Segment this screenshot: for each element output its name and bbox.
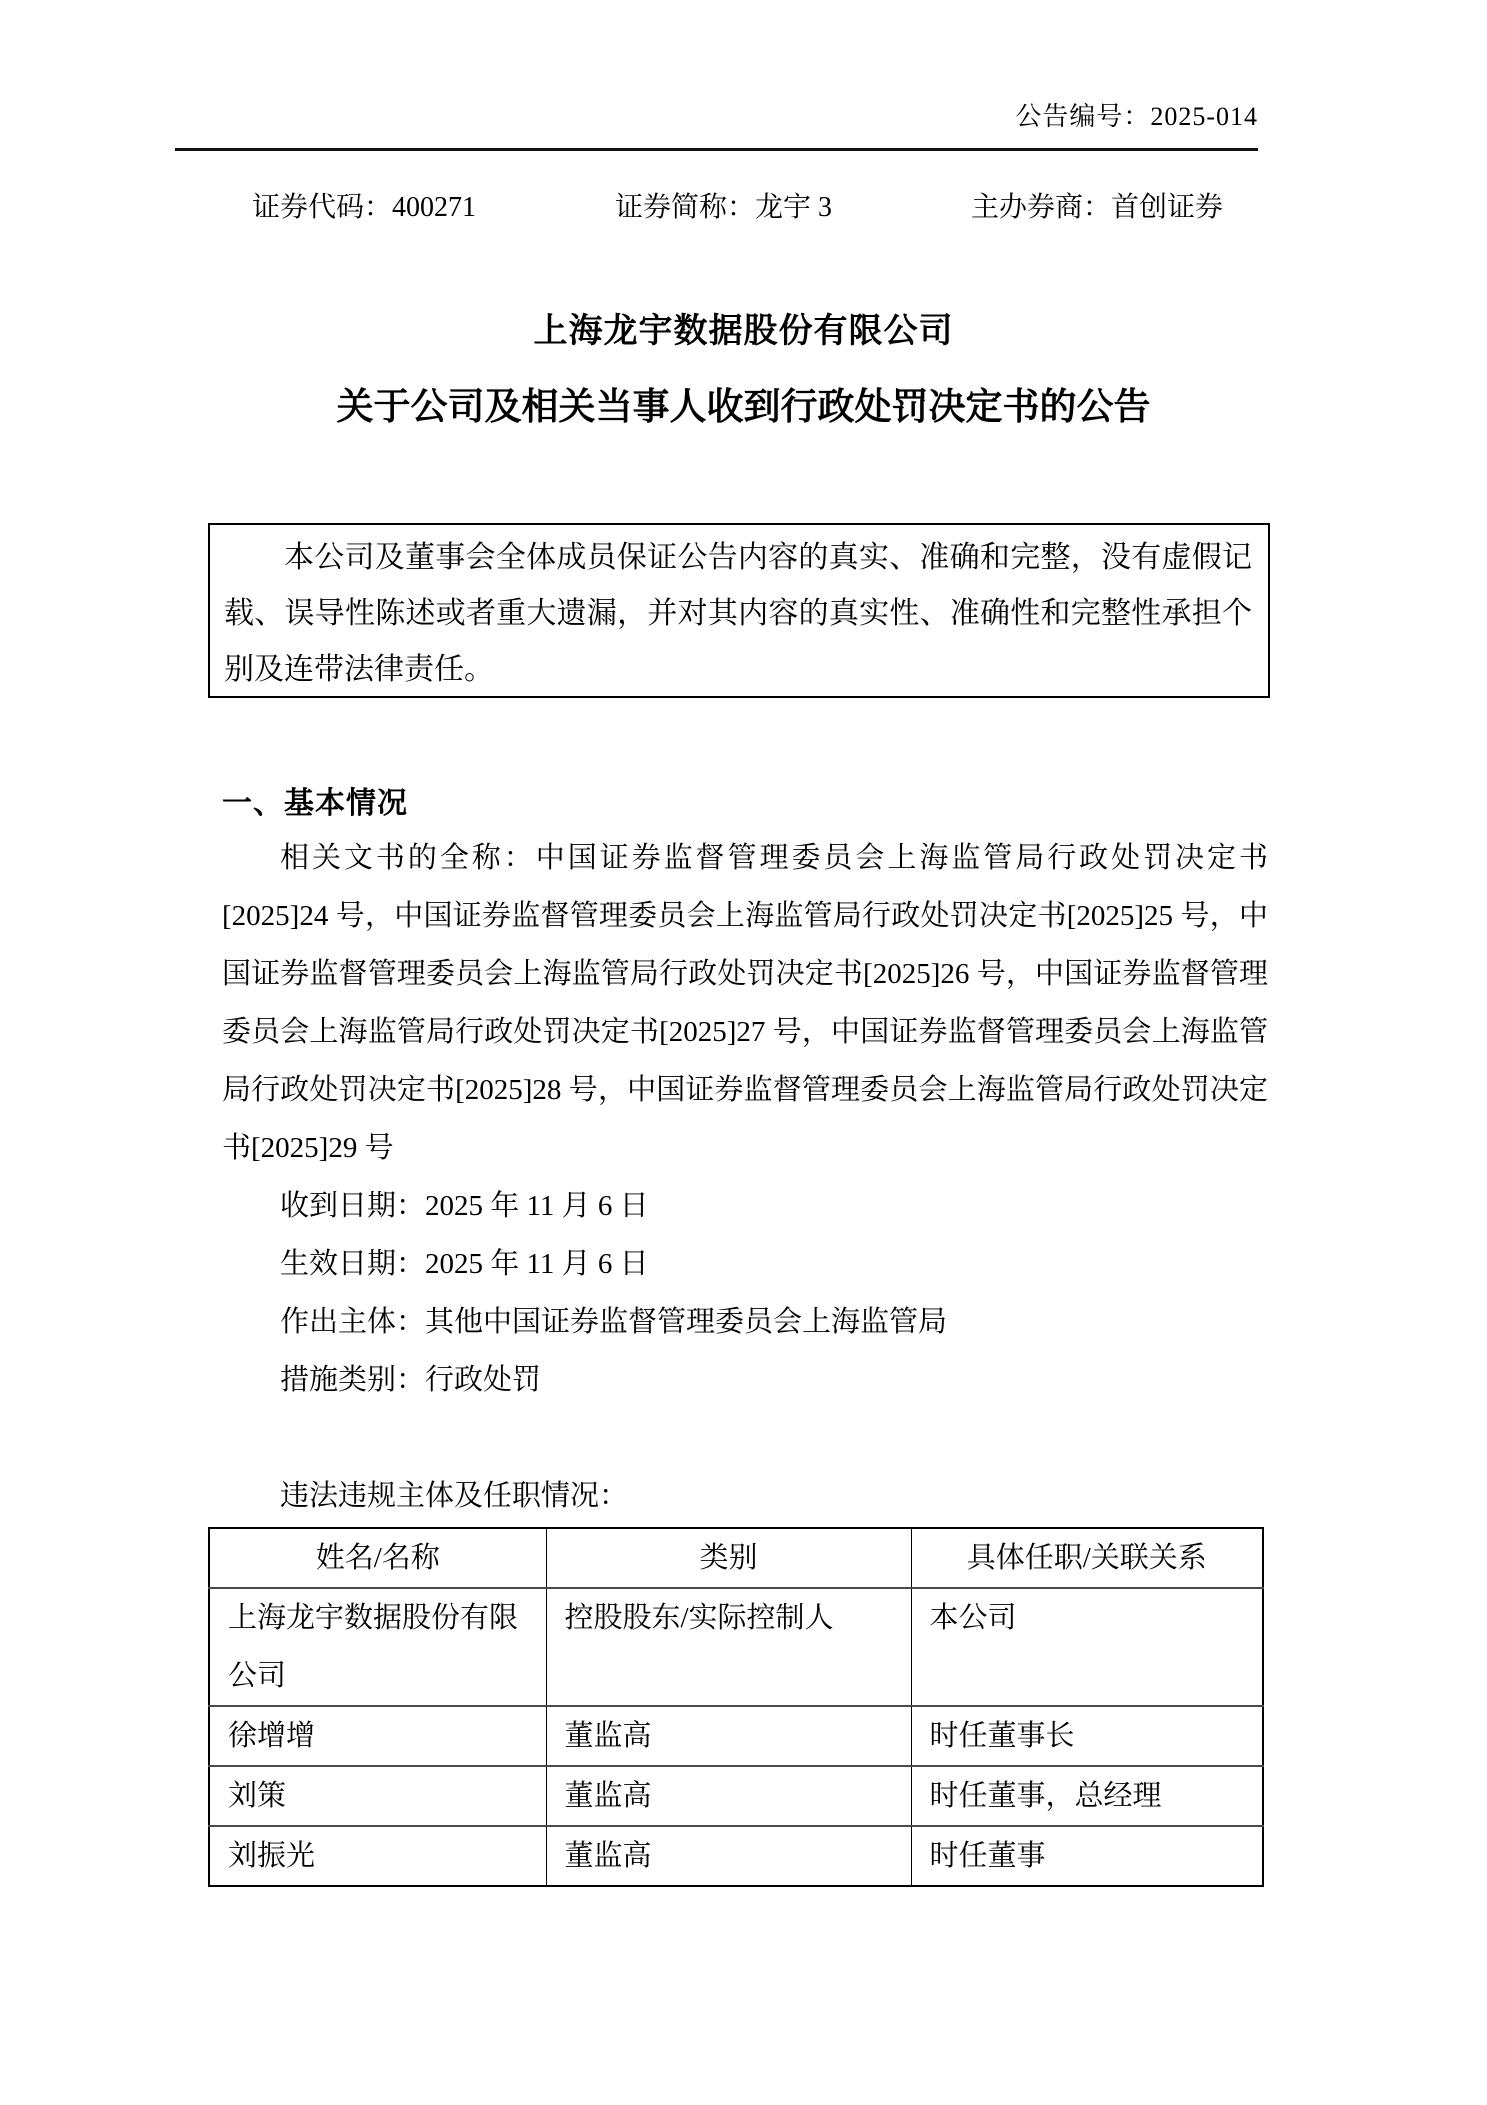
header-divider — [175, 148, 1258, 151]
company-title: 上海龙宇数据股份有限公司 — [0, 312, 1487, 352]
cell-name: 徐增增 — [209, 1706, 546, 1766]
announcement-number: 公告编号：2025-014 — [208, 100, 1258, 133]
cell-category: 董监高 — [546, 1706, 911, 1766]
cell-name: 刘振光 — [209, 1826, 546, 1886]
violation-subjects-table: 姓名/名称 类别 具体任职/关联关系 上海龙宇数据股份有限公司 控股股东/实际控… — [208, 1527, 1264, 1887]
cell-name: 刘策 — [209, 1766, 546, 1826]
disclaimer-box: 本公司及董事会全体成员保证公告内容的真实、准确和完整，没有虚假记载、误导性陈述或… — [208, 523, 1270, 698]
column-header-position: 具体任职/关联关系 — [911, 1528, 1263, 1588]
table-row: 刘策 董监高 时任董事，总经理 — [209, 1766, 1263, 1826]
table-intro-line: 违法违规主体及任职情况： — [222, 1467, 1268, 1525]
cell-position: 本公司 — [911, 1588, 1263, 1706]
table-header-row: 姓名/名称 类别 具体任职/关联关系 — [209, 1528, 1263, 1588]
disclaimer-text: 本公司及董事会全体成员保证公告内容的真实、准确和完整，没有虚假记载、误导性陈述或… — [224, 530, 1252, 698]
document-names-paragraph: 相关文书的全称：中国证券监督管理委员会上海监管局行政处罚决定书[2025]24 … — [222, 829, 1268, 1177]
cell-category: 董监高 — [546, 1826, 911, 1886]
document-page: 公告编号：2025-014 证券代码：400271 证券简称：龙宇 3 主办券商… — [0, 0, 1487, 2105]
column-header-name: 姓名/名称 — [209, 1528, 546, 1588]
table-row: 刘振光 董监高 时任董事 — [209, 1826, 1263, 1886]
securities-code: 证券代码：400271 — [252, 190, 476, 225]
section-heading-basic-info: 一、基本情况 — [222, 786, 408, 822]
securities-abbr: 证券简称：龙宇 3 — [615, 190, 832, 225]
receive-date-line: 收到日期：2025 年 11 月 6 日 — [222, 1177, 1268, 1235]
issuing-authority-line: 作出主体：其他中国证券监督管理委员会上海监管局 — [222, 1293, 1268, 1351]
cell-position: 时任董事，总经理 — [911, 1766, 1263, 1826]
sponsor-broker: 主办券商：首创证券 — [971, 190, 1223, 225]
table-row: 上海龙宇数据股份有限公司 控股股东/实际控制人 本公司 — [209, 1588, 1263, 1706]
cell-name: 上海龙宇数据股份有限公司 — [209, 1588, 546, 1706]
announcement-title: 关于公司及相关当事人收到行政处罚决定书的公告 — [0, 386, 1487, 430]
cell-category: 董监高 — [546, 1766, 911, 1826]
section-body: 相关文书的全称：中国证券监督管理委员会上海监管局行政处罚决定书[2025]24 … — [222, 829, 1268, 1409]
securities-info-row: 证券代码：400271 证券简称：龙宇 3 主办券商：首创证券 — [252, 190, 1223, 225]
cell-position: 时任董事长 — [911, 1706, 1263, 1766]
cell-category: 控股股东/实际控制人 — [546, 1588, 911, 1706]
table-row: 徐增增 董监高 时任董事长 — [209, 1706, 1263, 1766]
effective-date-line: 生效日期：2025 年 11 月 6 日 — [222, 1235, 1268, 1293]
column-header-category: 类别 — [546, 1528, 911, 1588]
cell-position: 时任董事 — [911, 1826, 1263, 1886]
measure-type-line: 措施类别：行政处罚 — [222, 1351, 1268, 1409]
